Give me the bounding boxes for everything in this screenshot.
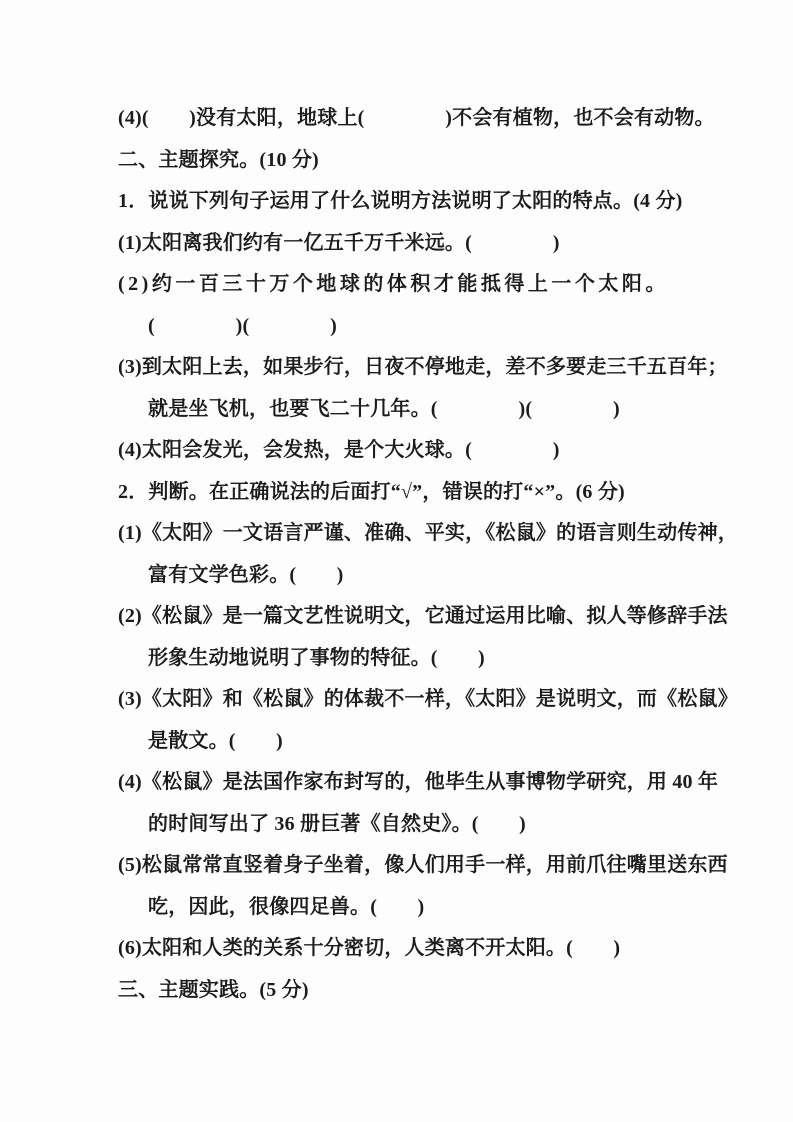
section-2-heading: 二、主题探究。(10 分)	[118, 140, 738, 182]
section-3-heading: 三、主题实践。(5 分)	[118, 970, 738, 1012]
q2-2-item-4-line-1: (4)《松鼠》是法国作家布封写的，他毕生从事博物学研究，用 40 年	[118, 762, 738, 804]
q2-2-item-5-line-1: (5)松鼠常常直竖着身子坐着，像人们用手一样，用前爪往嘴里送东西	[118, 845, 738, 887]
q2-1-item-2-line-2: ( )( )	[118, 306, 738, 348]
q2-2-item-3-line-1: (3)《太阳》和《松鼠》的体裁不一样，《太阳》是说明文，而《松鼠》	[118, 679, 738, 721]
q2-1-item-3-line-2: 就是坐飞机，也要飞二十几年。( )( )	[118, 389, 738, 431]
q2-2-item-1-line-1: (1)《太阳》一文语言严谨、准确、平实，《松鼠》的语言则生动传神，	[118, 513, 738, 555]
q2-2-item-1-line-2: 富有文学色彩。( )	[118, 555, 738, 597]
q2-2-item-2-line-1: (2)《松鼠》是一篇文艺性说明文，它通过运用比喻、拟人等修辞手法	[118, 596, 738, 638]
q2-2-item-4-line-2: 的时间写出了 36 册巨著《自然史》。( )	[118, 804, 738, 846]
q2-1-item-3-line-1: (3)到太阳上去，如果步行，日夜不停地走，差不多要走三千五百年；	[118, 347, 738, 389]
q2-2-item-3-line-2: 是散文。( )	[118, 721, 738, 763]
q2-2-item-2-line-2: 形象生动地说明了事物的特征。( )	[118, 638, 738, 680]
q2-2-item-5-line-2: 吃，因此，很像四足兽。( )	[118, 887, 738, 929]
q2-2-item-6: (6)太阳和人类的关系十分密切，人类离不开太阳。( )	[118, 928, 738, 970]
q2-2-prompt: 2．判断。在正确说法的后面打“√”，错误的打“×”。(6 分)	[118, 472, 738, 514]
q2-1-prompt: 1．说说下列句子运用了什么说明方法说明了太阳的特点。(4 分)	[118, 181, 738, 223]
worksheet-page: (4)( )没有太阳，地球上( )不会有植物，也不会有动物。二、主题探究。(10…	[0, 0, 793, 1122]
q2-1-item-1: (1)太阳离我们约有一亿五千万千米远。( )	[118, 223, 738, 265]
worksheet-text-block: (4)( )没有太阳，地球上( )不会有植物，也不会有动物。二、主题探究。(10…	[118, 98, 738, 1011]
q2-1-item-4: (4)太阳会发光，会发热，是个大火球。( )	[118, 430, 738, 472]
q2-1-item-2-line-1: (2)约一百三十万个地球的体积才能抵得上一个太阳。	[118, 264, 738, 306]
q1-4-fill-blank-line: (4)( )没有太阳，地球上( )不会有植物，也不会有动物。	[118, 98, 738, 140]
